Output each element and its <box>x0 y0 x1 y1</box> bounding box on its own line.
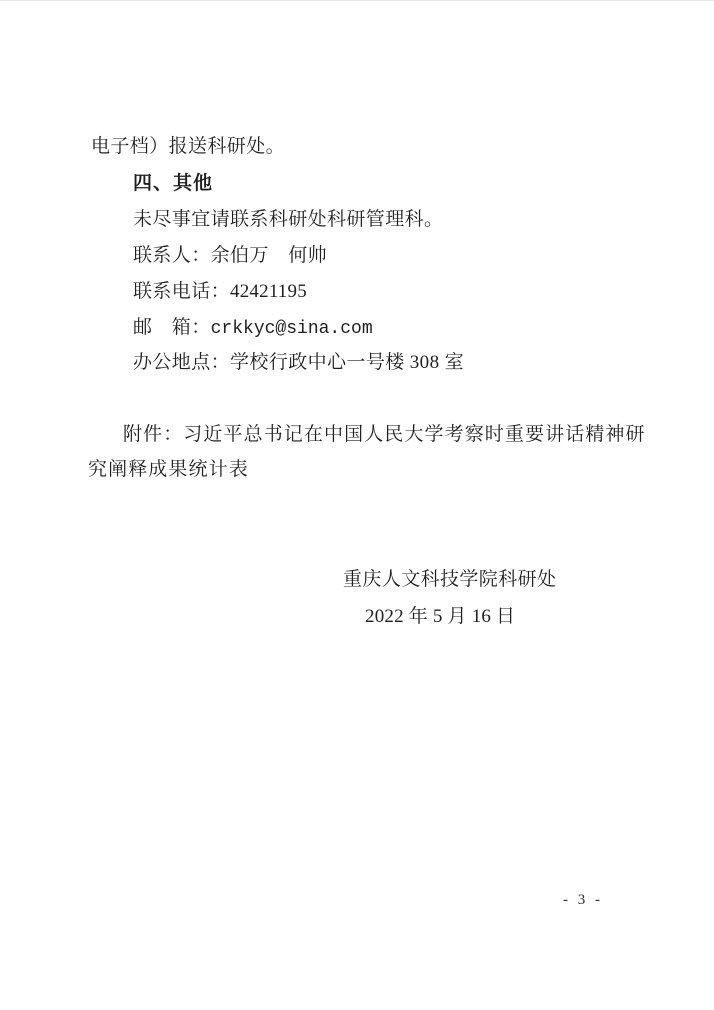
contact-person-label: 联系人： <box>133 245 211 266</box>
contact-phone-label: 联系电话： <box>133 281 230 302</box>
contact-office-label: 办公地点： <box>133 352 230 373</box>
contact-office-line: 办公地点：学校行政中心一号楼 308 室 <box>133 353 464 373</box>
contact-email-line: 邮 箱：crkkyc@sina.com <box>133 318 373 339</box>
attachment-reference-line-1: 附件：习近平总书记在中国人民大学考察时重要讲话精神研 <box>123 425 646 445</box>
section-intro-line: 未尽事宜请联系科研处科研管理科。 <box>133 210 443 230</box>
signature-issuer: 重庆人文科技学院科研处 <box>343 570 556 590</box>
contact-office-value: 学校行政中心一号楼 308 室 <box>230 352 464 373</box>
page-number: - 3 - <box>563 890 603 910</box>
signature-date: 2022 年 5 月 16 日 <box>365 607 515 627</box>
contact-phone-line: 联系电话：42421195 <box>133 282 307 302</box>
document-page: 电子档）报送科研处。 四、其他 未尽事宜请联系科研处科研管理科。 联系人：余伯万… <box>0 0 714 1010</box>
contact-person-line: 联系人：余伯万 何帅 <box>133 246 327 266</box>
contact-email-value: crkkyc@sina.com <box>211 319 373 339</box>
section-heading: 四、其他 <box>133 174 213 194</box>
contact-email-label: 邮 箱： <box>133 317 211 338</box>
scan-edge-artifact <box>0 0 714 1</box>
attachment-reference-line-2: 究阐释成果统计表 <box>88 460 249 480</box>
paragraph-continuation-line: 电子档）报送科研处。 <box>91 137 285 157</box>
contact-phone-value: 42421195 <box>230 281 307 302</box>
contact-person-value: 余伯万 何帅 <box>211 245 327 266</box>
